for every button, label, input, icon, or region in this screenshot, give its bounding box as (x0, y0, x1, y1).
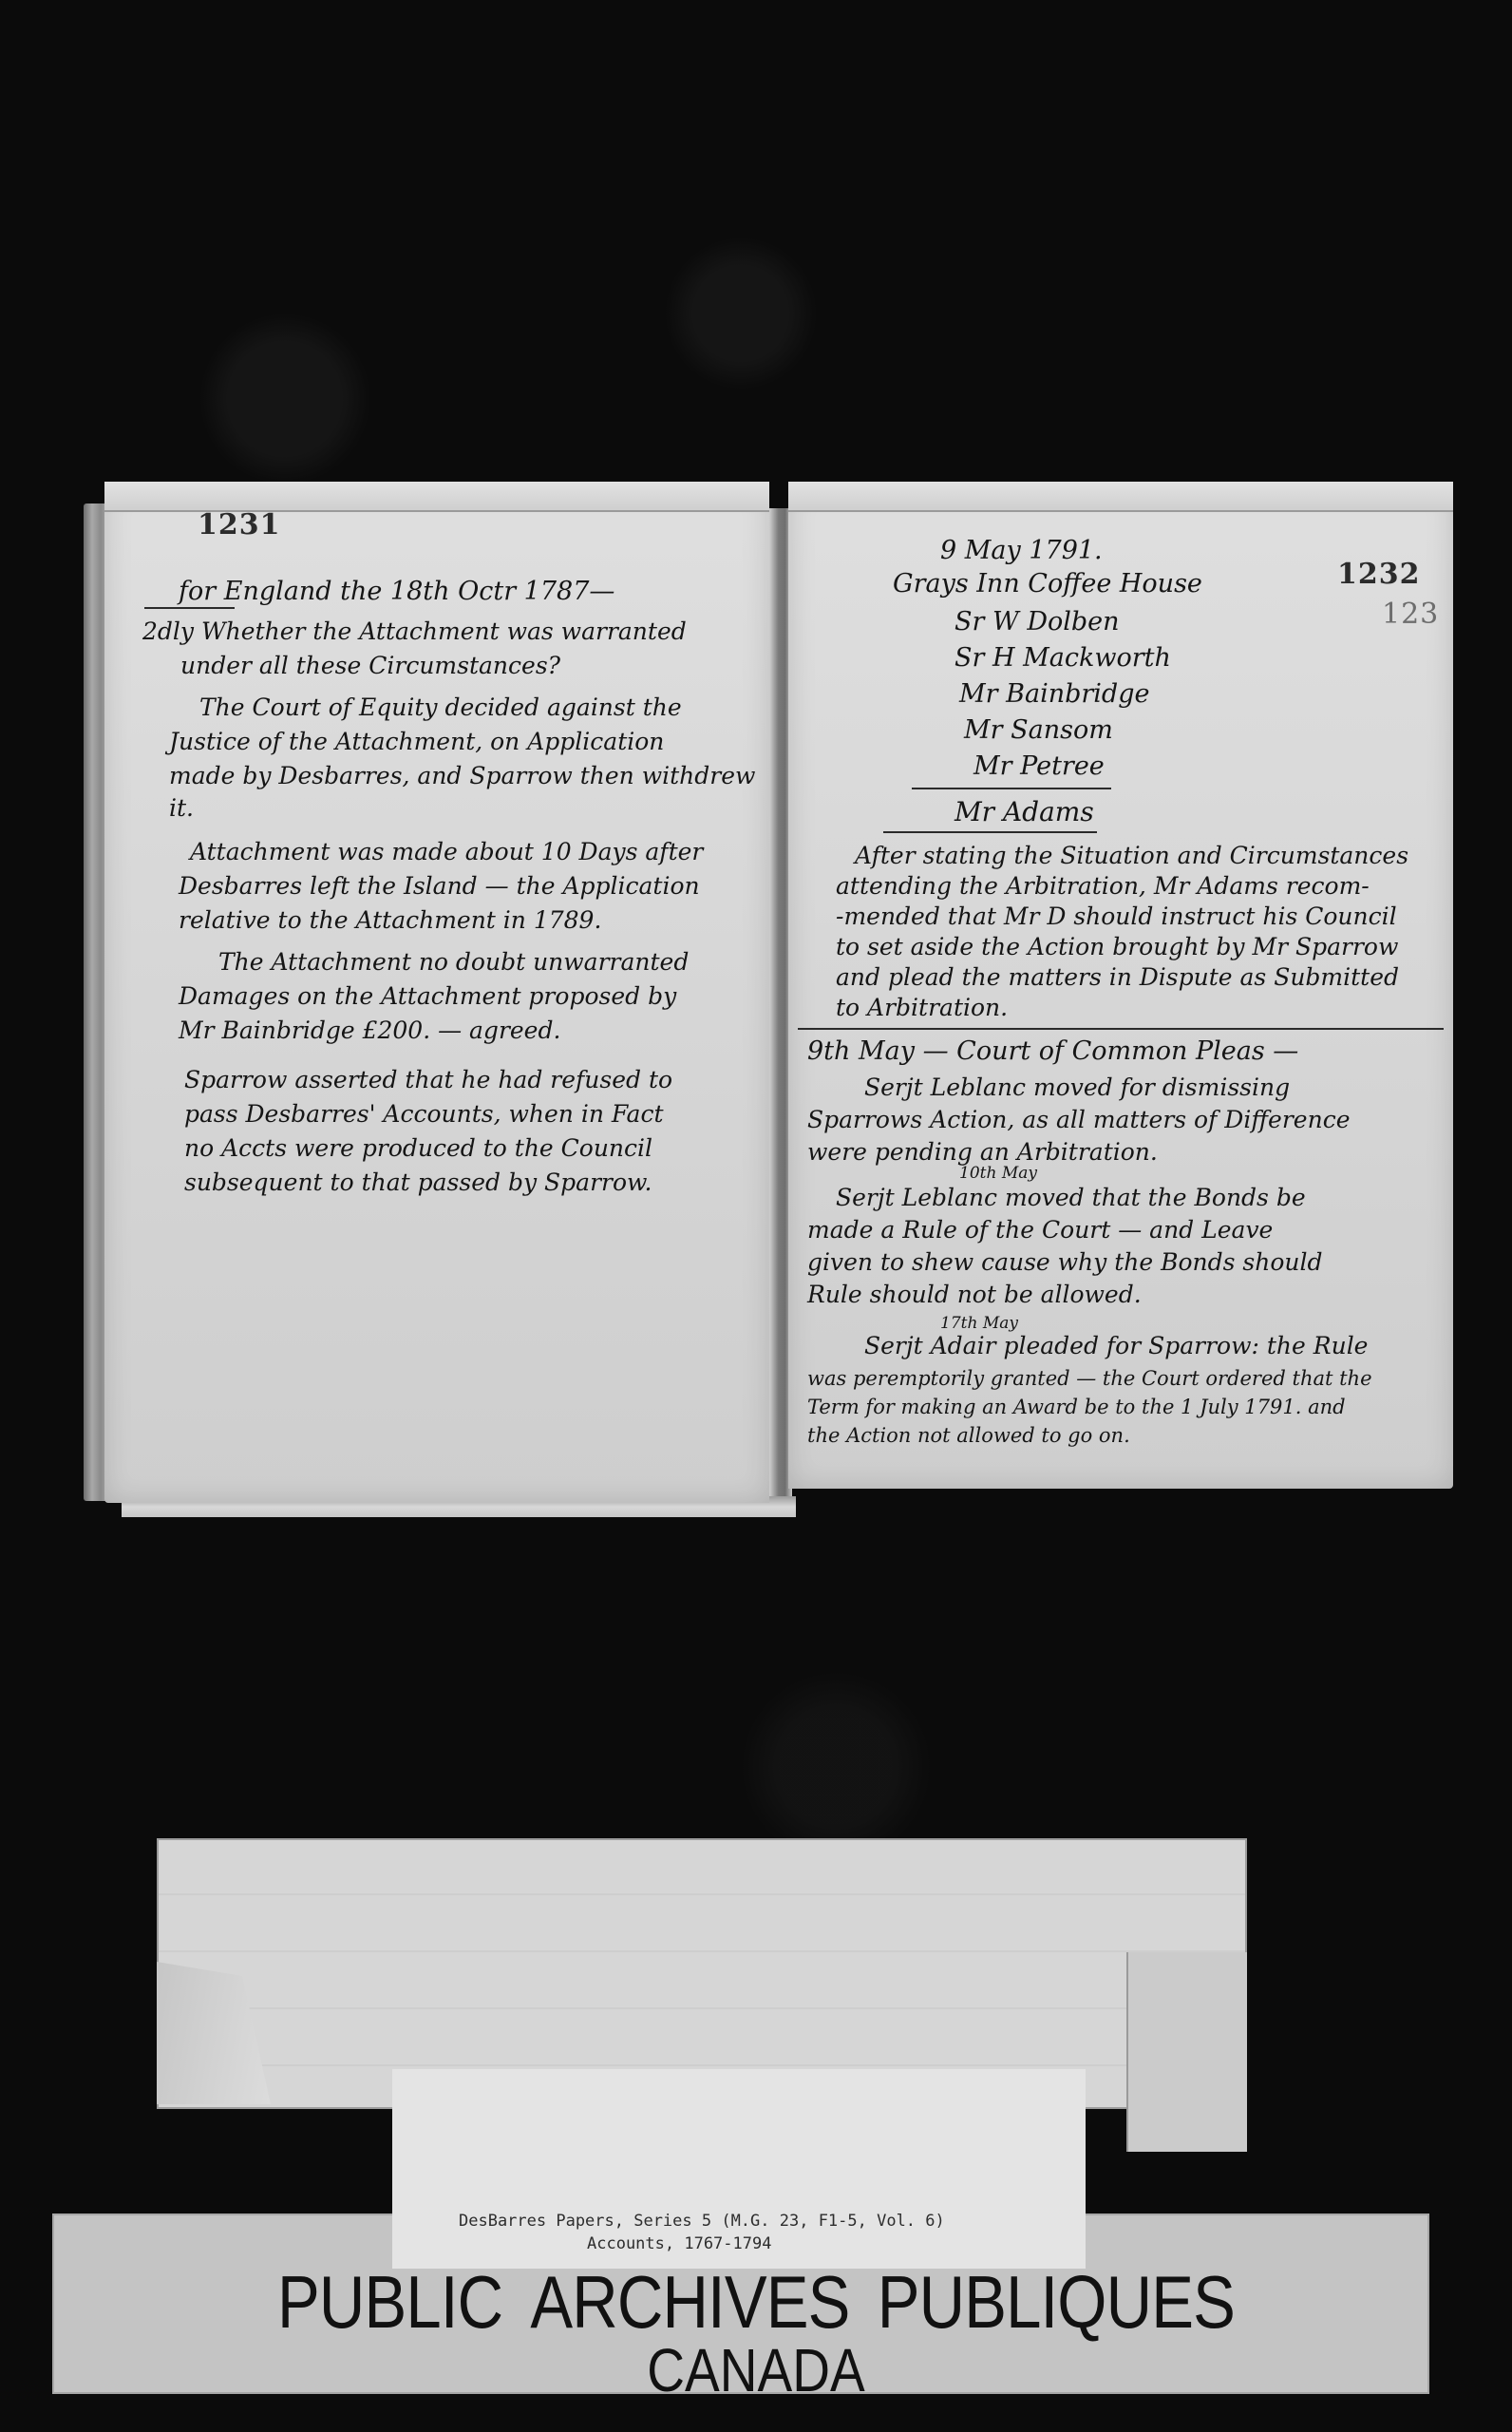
court-line: made a Rule of the Court — and Leave (807, 1213, 1273, 1247)
collection-label-card: DesBarres Papers, Series 5 (M.G. 23, F1-… (392, 2069, 1086, 2269)
folio-number-left: 1231 (198, 508, 281, 541)
left-line: Attachment was made about 10 Days after (190, 835, 703, 869)
banner-word: ARCHIVES (530, 2260, 849, 2344)
left-line: no Accts were produced to the Council (184, 1131, 652, 1166)
strip-fold-left (157, 1962, 271, 2104)
left-line: Desbarres left the Island — the Applicat… (179, 869, 700, 903)
adams-line: attending the Arbitration, Mr Adams reco… (836, 869, 1370, 903)
divider (883, 831, 1097, 833)
left-line: 2dly Whether the Attachment was warrante… (142, 615, 687, 649)
left-line: relative to the Attachment in 1789. (179, 903, 601, 938)
folio-number-faded: 123 (1382, 598, 1439, 631)
adams-line: -mended that Mr D should instruct his Co… (836, 900, 1397, 934)
meeting-date: 9 May 1791. (940, 534, 1103, 568)
strip-fold-right (1126, 1952, 1247, 2152)
court-line: Rule should not be allowed. (807, 1278, 1142, 1312)
court-heading: 9th May — Court of Common Pleas — (807, 1035, 1298, 1069)
adams-line: After stating the Situation and Circumst… (855, 839, 1408, 873)
court-line: Serjt Leblanc moved that the Bonds be (836, 1181, 1306, 1215)
court-line: Serjt Adair pleaded for Sparrow: the Rul… (864, 1329, 1368, 1363)
left-line: subsequent to that passed by Sparrow. (184, 1166, 652, 1200)
left-line: made by Desbarres, and Sparrow then with… (169, 759, 755, 793)
adams-line: and plead the matters in Dispute as Subm… (836, 960, 1399, 995)
left-line: Damages on the Attachment proposed by (179, 979, 676, 1014)
speaker-name: Mr Adams (954, 795, 1094, 829)
left-heading: for England the 18th Octr 1787— (179, 575, 614, 609)
label-line-1: DesBarres Papers, Series 5 (M.G. 23, F1-… (459, 2212, 945, 2231)
left-line: under all these Circumstances? (180, 649, 560, 683)
attendee: Sr H Mackworth (954, 641, 1171, 675)
left-line: pass Desbarres' Accounts, when in Fact (184, 1097, 664, 1131)
open-account-book: 1231 for England the 18th Octr 1787— 2dl… (84, 470, 1461, 1534)
attendee: Mr Petree (973, 750, 1105, 784)
section-divider (798, 1028, 1444, 1030)
heading-underline (144, 607, 235, 609)
attendee: Mr Bainbridge (959, 677, 1149, 712)
left-line: The Attachment no doubt unwarranted (218, 945, 689, 979)
banner-subtitle: CANADA (105, 2335, 1406, 2405)
left-line: Mr Bainbridge £200. — agreed. (179, 1014, 560, 1048)
left-line: Justice of the Attachment, on Applicatio… (169, 725, 664, 759)
banner-title: PUBLICARCHIVESPUBLIQUES (105, 2259, 1406, 2346)
divider (912, 788, 1111, 789)
adams-line: to Arbitration. (836, 991, 1008, 1025)
court-line: given to shew cause why the Bonds should (807, 1245, 1323, 1280)
page-top-edge (788, 482, 1453, 512)
meeting-place: Grays Inn Coffee House (893, 567, 1202, 601)
attendee: Mr Sansom (964, 713, 1113, 748)
label-line-2: Accounts, 1767-1794 (587, 2234, 771, 2253)
margin-date: 10th May (959, 1164, 1037, 1183)
attendee: Sr W Dolben (954, 605, 1120, 639)
left-line: Sparrow asserted that he had refused to (184, 1063, 672, 1097)
court-line: the Action not allowed to go on. (807, 1418, 1130, 1453)
court-line: Sparrows Action, as all matters of Diffe… (807, 1103, 1351, 1137)
left-page: 1231 for England the 18th Octr 1787— 2dl… (104, 482, 769, 1503)
left-line: The Court of Equity decided against the (199, 691, 682, 725)
right-page: 1232 123 9 May 1791. Grays Inn Coffee Ho… (788, 482, 1453, 1489)
banner-word: PUBLIC (277, 2260, 502, 2344)
banner-word: PUBLIQUES (878, 2260, 1235, 2344)
court-line: Serjt Leblanc moved for dismissing (864, 1071, 1290, 1105)
folio-number-right: 1232 (1337, 558, 1421, 591)
left-line: it. (169, 791, 194, 826)
adams-line: to set aside the Action brought by Mr Sp… (836, 930, 1398, 964)
